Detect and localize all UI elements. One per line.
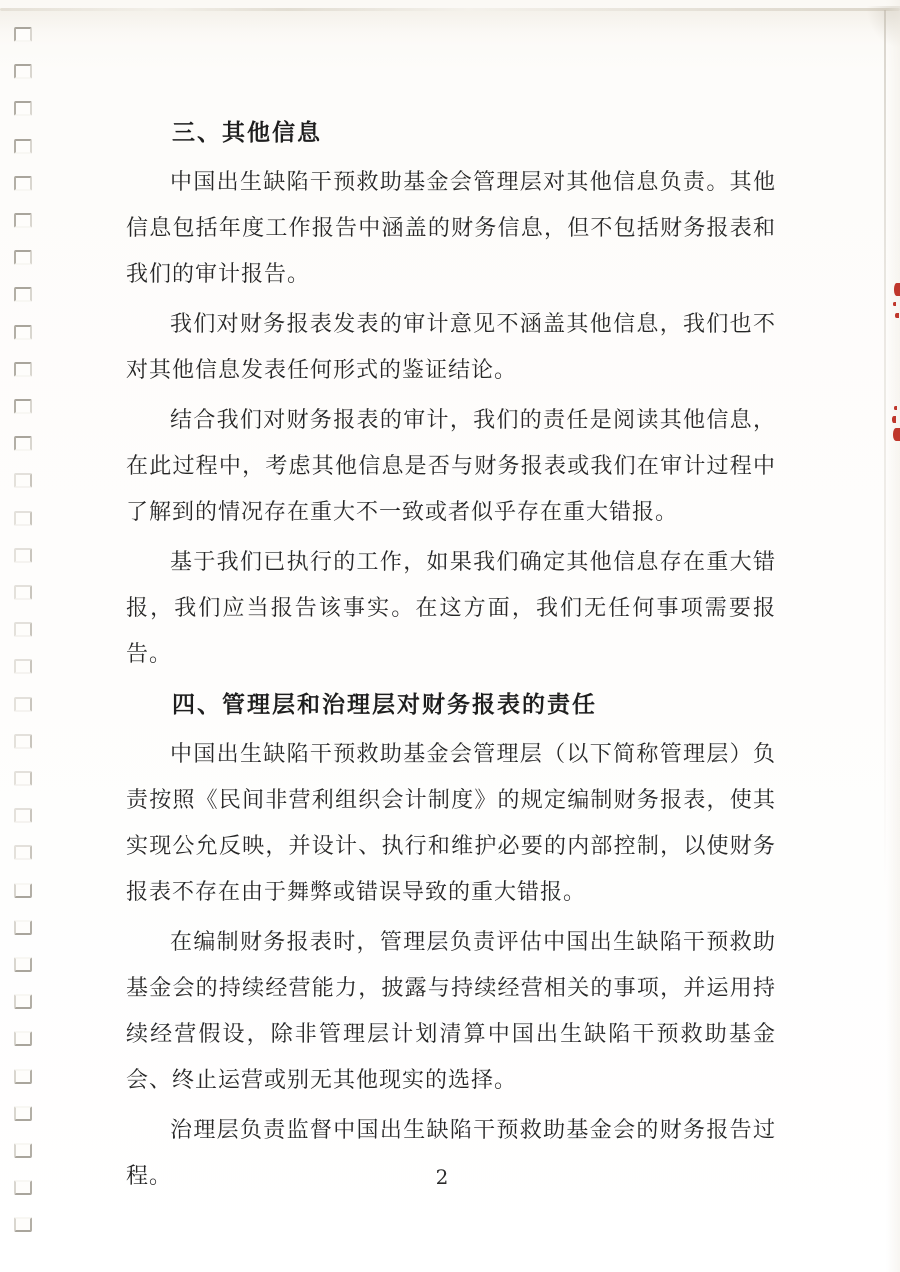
- paragraph: 中国出生缺陷干预救助基金会管理层（以下简称管理层）负责按照《民间非营利组织会计制…: [126, 732, 776, 916]
- binding-hole: [14, 139, 32, 154]
- scan-shadow-band: [0, 11, 900, 45]
- binding-hole: [14, 1143, 32, 1158]
- section-heading-management-responsibility: 四、管理层和治理层对财务报表的责任: [126, 682, 776, 728]
- paragraph: 在编制财务报表时，管理层负责评估中国出生缺陷干预救助基金会的持续经营能力，披露与…: [126, 920, 776, 1104]
- binding-hole: [14, 1031, 32, 1046]
- binding-hole: [14, 697, 32, 712]
- binding-hole: [14, 176, 32, 191]
- binding-hole: [14, 287, 32, 302]
- binding-hole: [14, 883, 32, 898]
- binding-hole: [14, 325, 32, 340]
- binding-hole: [14, 399, 32, 414]
- section-heading-other-information: 三、其他信息: [126, 110, 776, 156]
- binding-hole: [14, 548, 32, 563]
- red-stamp-fragment: [894, 283, 900, 296]
- binding-hole: [14, 213, 32, 228]
- binding-hole: [14, 436, 32, 451]
- binding-hole: [14, 250, 32, 265]
- binding-hole: [14, 808, 32, 823]
- paragraph: 中国出生缺陷干预救助基金会管理层对其他信息负责。其他信息包括年度工作报告中涵盖的…: [126, 160, 776, 298]
- scanned-document-page: 三、其他信息 中国出生缺陷干预救助基金会管理层对其他信息负责。其他信息包括年度工…: [0, 0, 900, 1272]
- binding-hole: [14, 845, 32, 860]
- binding-hole: [14, 1069, 32, 1084]
- paragraph: 结合我们对财务报表的审计，我们的责任是阅读其他信息，在此过程中，考虑其他信息是否…: [126, 398, 776, 536]
- red-stamp-fragment: [893, 428, 900, 441]
- binding-hole: [14, 771, 32, 786]
- red-stamp-fragment: [895, 313, 899, 318]
- binding-hole: [14, 511, 32, 526]
- binding-hole: [14, 101, 32, 116]
- page-number: 2: [0, 1162, 884, 1192]
- paragraph: 我们对财务报表发表的审计意见不涵盖其他信息，我们也不对其他信息发表任何形式的鉴证…: [126, 302, 776, 394]
- paragraph: 基于我们已执行的工作，如果我们确定其他信息存在重大错报，我们应当报告该事实。在这…: [126, 540, 776, 678]
- binding-hole: [14, 994, 32, 1009]
- binding-hole: [14, 659, 32, 674]
- binding-hole: [14, 362, 32, 377]
- binding-hole: [14, 1106, 32, 1121]
- red-stamp-fragment: [892, 416, 896, 423]
- binding-hole: [14, 27, 32, 42]
- document-body: 三、其他信息 中国出生缺陷干预救助基金会管理层对其他信息负责。其他信息包括年度工…: [126, 110, 776, 1204]
- binding-hole: [14, 1217, 32, 1232]
- binding-hole: [14, 473, 32, 488]
- binding-hole: [14, 734, 32, 749]
- binding-hole: [14, 957, 32, 972]
- red-stamp-fragment: [894, 406, 897, 410]
- binding-hole: [14, 920, 32, 935]
- binding-hole: [14, 622, 32, 637]
- scan-right-edge-shade: [886, 0, 900, 1272]
- red-stamp-fragment: [893, 302, 896, 306]
- binding-hole: [14, 585, 32, 600]
- binding-hole: [14, 64, 32, 79]
